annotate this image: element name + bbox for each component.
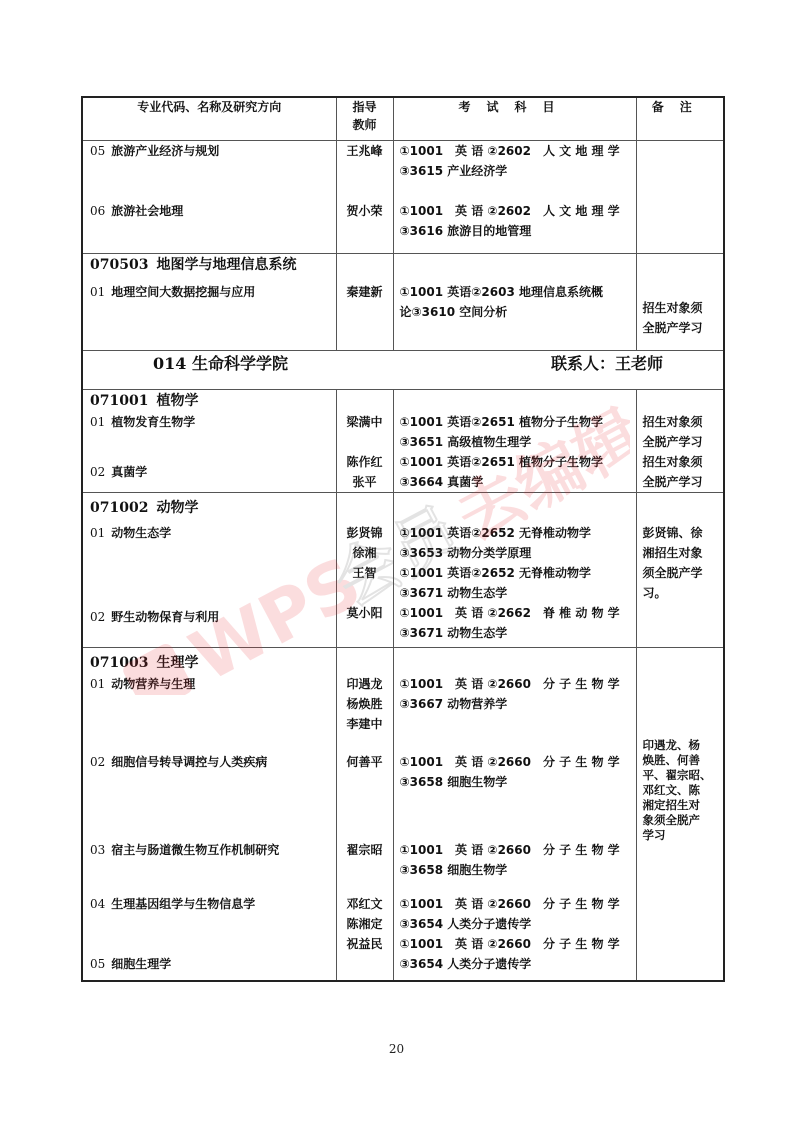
exam-line: ①1001 英语②2651 植物分子生物学 [394,452,636,472]
note-line: 印遇龙、杨 [637,738,724,753]
direction-03: 03宿主与肠道微生物互作机制研究 [83,840,336,860]
advisor-name: 秦建新 [337,282,393,302]
table-block-071001: 071001植物学 01植物发育生物学 02真菌学 梁满中 陈作红 张平 ①10… [82,390,724,493]
note-line: 全脱产学习 [637,318,724,338]
header-notes: 备注 [636,97,724,141]
advisor-name: 邓红文 [337,894,393,914]
page-number: 20 [0,1042,793,1056]
exam-line: ③3664 真菌学 [394,472,636,492]
advisor-name: 何善平 [337,752,393,772]
note-line: 平、翟宗昭、 [637,768,724,783]
notes-cell: 彭贤锦、徐 湘招生对象 须全脱产学 习。 [636,493,724,648]
note-line: 焕胜、何善 [637,753,724,768]
note-line: 湘招生对象 [637,543,724,563]
note-line: 须全脱产学 [637,563,724,583]
exam-line: ①1001 英 语 ②2602 人 文 地 理 学 [394,141,636,161]
exam-line: ①1001 英 语 ②2660 分 子 生 物 学 [394,840,636,860]
advisor-cell: 梁满中 陈作红 张平 [336,390,393,493]
advisor-name: 翟宗昭 [337,840,393,860]
exam-line: ①1001 英语②2603 地理信息系统概 [394,282,636,302]
exam-line: ①1001 英 语 ②2660 分 子 生 物 学 [394,934,636,954]
exam-line: ③3667 动物营养学 [394,694,636,714]
advisor-name: 杨焕胜 [337,694,393,714]
advisor-name: 王兆峰 [337,141,393,161]
direction-01: 01地理空间大数据挖掘与应用 [83,282,336,302]
exam-line: ①1001 英 语 ②2602 人 文 地 理 学 [394,201,636,221]
major-code-title: 071002动物学 [83,497,336,519]
direction-06: 06旅游社会地理 [83,201,336,221]
direction-01: 01动物营养与生理 [83,674,336,694]
exam-line: ①1001 英 语 ②2660 分 子 生 物 学 [394,674,636,694]
exam-cell: ①1001 英 语 ②2660 分 子 生 物 学 ③3667 动物营养学 ①1… [393,648,636,982]
document-page: WPS 会员 去编辑 专业代码、名称及研究方向 指导 教师 考试科目 备注 05… [0,0,793,1122]
advisor-cell: 秦建新 [336,254,393,351]
table-block-071002: 071002动物学 01动物生态学 02野生动物保育与利用 彭贤锦 徐湘 王智 … [82,493,724,648]
direction-05: 05细胞生理学 [83,954,336,974]
college-contact: 联系人：王老师 [551,351,663,374]
major-cell: 05旅游产业经济与规划 06旅游社会地理 [82,141,336,254]
header-advisor: 指导 教师 [336,97,393,141]
admissions-table: 专业代码、名称及研究方向 指导 教师 考试科目 备注 05旅游产业经济与规划 0… [81,96,725,982]
college-section-header: 014 生命科学学院 联系人：王老师 [82,351,724,390]
advisor-name: 陈湘定 [337,914,393,934]
notes-cell: 招生对象须 全脱产学习 招生对象须 全脱产学习 [636,390,724,493]
exam-cell: ①1001 英语②2603 地理信息系统概 论③3610 空间分析 [393,254,636,351]
note-line: 全脱产学习 [637,432,724,452]
exam-line: ①1001 英 语 ②2662 脊 椎 动 物 学 [394,603,636,623]
exam-line: ③3671 动物生态学 [394,583,636,603]
advisor-name: 莫小阳 [337,603,393,623]
note-line: 象须全脱产 [637,813,724,828]
notes-cell: 印遇龙、杨 焕胜、何善 平、翟宗昭、 邓红文、陈 湘定招生对 象须全脱产 学习 [636,648,724,982]
exam-line: ③3653 动物分类学原理 [394,543,636,563]
exam-line: ③3616 旅游目的地管理 [394,221,636,241]
header-exam-label: 考试科目 [458,100,570,114]
exam-line: ①1001 英 语 ②2660 分 子 生 物 学 [394,752,636,772]
table-block-070503: 070503地图学与地理信息系统 01地理空间大数据挖掘与应用 秦建新 ①100… [82,254,724,351]
notes-cell [636,141,724,254]
header-major: 专业代码、名称及研究方向 [82,97,336,141]
major-code-title: 070503地图学与地理信息系统 [83,254,336,276]
header-notes-label: 备注 [652,100,708,114]
table-header-row: 专业代码、名称及研究方向 指导 教师 考试科目 备注 [82,97,724,141]
exam-line: ①1001 英语②2652 无脊椎动物学 [394,523,636,543]
note-line: 湘定招生对 [637,798,724,813]
major-cell: 071001植物学 01植物发育生物学 02真菌学 [82,390,336,493]
advisor-name: 梁满中 [337,412,393,432]
exam-cell: ①1001 英语②2652 无脊椎动物学 ③3653 动物分类学原理 ①1001… [393,493,636,648]
exam-line: ③3658 细胞生物学 [394,860,636,880]
exam-line: ③3671 动物生态学 [394,623,636,643]
exam-cell: ①1001 英语②2651 植物分子生物学 ③3651 高级植物生理学 ①100… [393,390,636,493]
direction-01: 01动物生态学 [83,523,336,543]
note-line: 彭贤锦、徐 [637,523,724,543]
direction-02: 02细胞信号转导调控与人类疾病 [83,752,336,772]
notes-cell: 招生对象须 全脱产学习 [636,254,724,351]
exam-line: ①1001 英语②2652 无脊椎动物学 [394,563,636,583]
advisor-cell: 王兆峰 贺小荣 [336,141,393,254]
note-line: 全脱产学习 [637,472,724,492]
direction-02: 02野生动物保育与利用 [83,607,336,627]
major-code-title: 071001植物学 [83,390,336,412]
exam-line: ③3654 人类分子遗传学 [394,914,636,934]
college-title: 014 生命科学学院 [153,351,288,374]
advisor-name: 李建中 [337,714,393,734]
exam-line: ①1001 英 语 ②2660 分 子 生 物 学 [394,894,636,914]
exam-line: ③3658 细胞生物学 [394,772,636,792]
advisor-name: 陈作红 [337,452,393,472]
direction-01: 01植物发育生物学 [83,412,336,432]
advisor-name: 贺小荣 [337,201,393,221]
advisor-name: 王智 [337,563,393,583]
exam-line: ①1001 英语②2651 植物分子生物学 [394,412,636,432]
advisor-name: 彭贤锦 [337,523,393,543]
exam-line: 论③3610 空间分析 [394,302,636,322]
advisor-name: 张平 [337,472,393,492]
major-cell: 071003生理学 01动物营养与生理 02细胞信号转导调控与人类疾病 03宿主… [82,648,336,982]
major-cell: 070503地图学与地理信息系统 01地理空间大数据挖掘与应用 [82,254,336,351]
table-block-070502-cont: 05旅游产业经济与规划 06旅游社会地理 王兆峰 贺小荣 ①1001 英 语 ②… [82,141,724,254]
exam-line: ③3651 高级植物生理学 [394,432,636,452]
direction-02: 02真菌学 [83,462,336,482]
note-line: 招生对象须 [637,298,724,318]
header-advisor-line1: 指导 [337,98,393,116]
exam-line: ③3615 产业经济学 [394,161,636,181]
header-exam: 考试科目 [393,97,636,141]
header-advisor-line2: 教师 [337,116,393,134]
direction-04: 04生理基因组学与生物信息学 [83,894,336,914]
note-line: 招生对象须 [637,452,724,472]
exam-cell: ①1001 英 语 ②2602 人 文 地 理 学 ③3615 产业经济学 ①1… [393,141,636,254]
major-cell: 071002动物学 01动物生态学 02野生动物保育与利用 [82,493,336,648]
table-block-071003: 071003生理学 01动物营养与生理 02细胞信号转导调控与人类疾病 03宿主… [82,648,724,982]
note-line: 学习 [637,828,724,843]
advisor-cell: 印遇龙 杨焕胜 李建中 何善平 翟宗昭 邓红文 陈湘定 祝益民 [336,648,393,982]
note-line: 邓红文、陈 [637,783,724,798]
advisor-name: 徐湘 [337,543,393,563]
advisor-name: 印遇龙 [337,674,393,694]
major-code-title: 071003生理学 [83,652,336,674]
advisor-name: 祝益民 [337,934,393,954]
note-line: 习。 [637,583,724,603]
note-line: 招生对象须 [637,412,724,432]
exam-line: ③3654 人类分子遗传学 [394,954,636,974]
advisor-cell: 彭贤锦 徐湘 王智 莫小阳 [336,493,393,648]
direction-05: 05旅游产业经济与规划 [83,141,336,161]
